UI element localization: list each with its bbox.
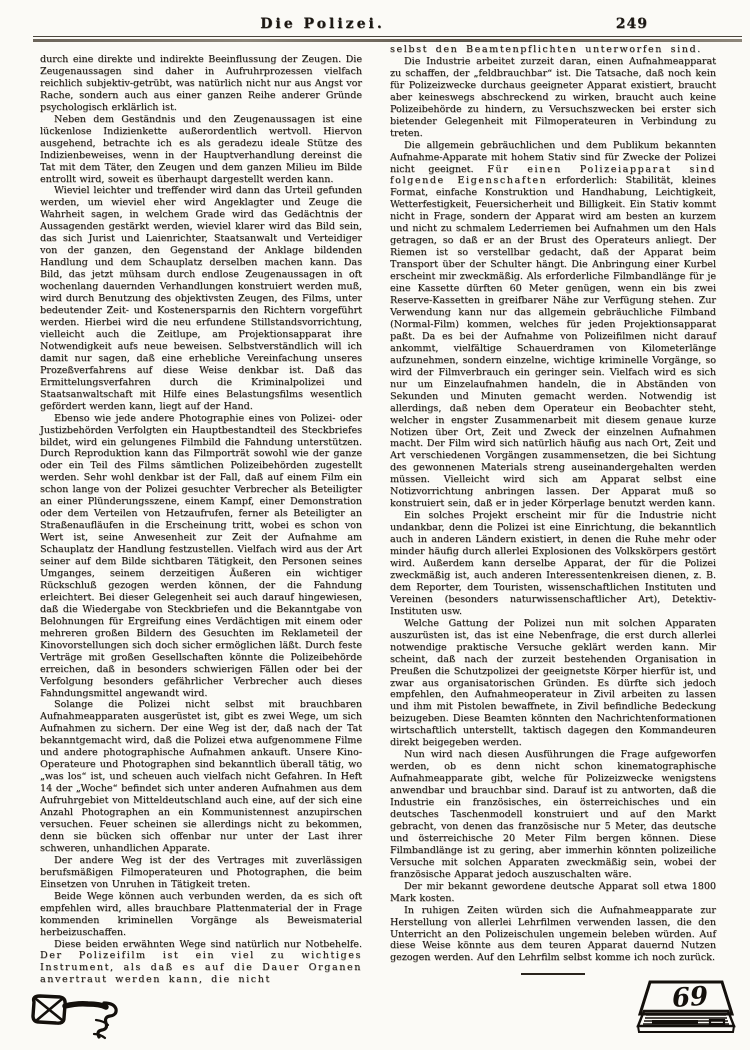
text-run: Beide Wege können auch verbunden werden,…: [40, 891, 362, 938]
paragraph: Ein solches Projekt erscheint mir für di…: [390, 510, 716, 618]
ink-blot-stamp-icon: [26, 990, 136, 1045]
text-run: Der andere Weg ist der des Vertrages mit…: [40, 855, 362, 890]
paragraph: Die Industrie arbeitet zurzeit daran, ei…: [390, 56, 716, 140]
paragraph: Der andere Weg ist der des Vertrages mit…: [40, 855, 362, 891]
text-run: Wieviel leichter und treffender wird dan…: [40, 185, 362, 411]
text-run: durch eine direkte und indirekte Beeinfl…: [40, 54, 362, 113]
paragraph: Ebenso wie jede andere Photographie eine…: [40, 413, 362, 700]
paragraph: selbst den Beamtenpflichten unterworfen …: [390, 44, 716, 56]
paragraph: In ruhigen Zeiten würden sich die Aufnah…: [390, 905, 716, 965]
paragraph: Welche Gattung der Polizei nun mit solch…: [390, 618, 716, 749]
scanned-journal-page: Die Polizei. 249 durch eine direkte und …: [0, 0, 750, 1050]
text-run: Der mir bekannt gewordene deutsche Appar…: [390, 881, 716, 904]
text-run: Neben dem Geständnis und den Zeugenaussa…: [40, 114, 362, 185]
paragraph: Der mir bekannt gewordene deutsche Appar…: [390, 881, 716, 905]
emphasized-run: Der Polizeifilm ist ein viel zu wichtige…: [40, 950, 362, 985]
paragraph: Nun wird nach diesen Ausführungen die Fr…: [390, 749, 716, 880]
left-column: durch eine direkte und indirekte Beeinfl…: [40, 54, 362, 986]
text-run: Ein solches Projekt erscheint mir für di…: [390, 510, 716, 617]
paragraph: Die allgemein gebräuchlichen und dem Pub…: [390, 140, 716, 511]
paragraph: Solange die Polizei nicht selbst mit bra…: [40, 699, 362, 854]
text-run: Solange die Polizei nicht selbst mit bra…: [40, 699, 362, 853]
page-number: 249: [616, 16, 648, 32]
text-run: Nun wird nach diesen Ausführungen die Fr…: [390, 749, 716, 880]
section-end-rule: [521, 973, 585, 975]
header-rule: [33, 36, 742, 42]
paragraph: Diese beiden erwähnten Wege sind natürli…: [40, 939, 362, 987]
text-run: Diese beiden erwähnten Wege sind natürli…: [54, 939, 362, 950]
right-column: selbst den Beamtenpflichten unterworfen …: [390, 44, 716, 975]
emphasized-run: selbst den Beamtenpflichten unterworfen …: [390, 44, 702, 55]
text-run: Ebenso wie jede andere Photographie eine…: [40, 413, 362, 699]
text-run: erforderlich: Stabilität, kleines Format…: [390, 175, 716, 509]
paragraph: Beide Wege können auch verbunden werden,…: [40, 891, 362, 939]
terminal-page-stamp-icon: 69: [630, 978, 742, 1040]
stamp-page-number: 69: [671, 981, 709, 1013]
journal-title: Die Polizei.: [35, 16, 610, 32]
text-run: Welche Gattung der Polizei nun mit solch…: [390, 618, 716, 749]
paragraph: Neben dem Geständnis und den Zeugenaussa…: [40, 114, 362, 186]
text-run: Die Industrie arbeitet zurzeit daran, ei…: [390, 56, 716, 139]
text-run: In ruhigen Zeiten würden sich die Aufnah…: [390, 905, 716, 964]
paragraph: Wieviel leichter und treffender wird dan…: [40, 185, 362, 412]
paragraph: durch eine direkte und indirekte Beeinfl…: [40, 54, 362, 114]
